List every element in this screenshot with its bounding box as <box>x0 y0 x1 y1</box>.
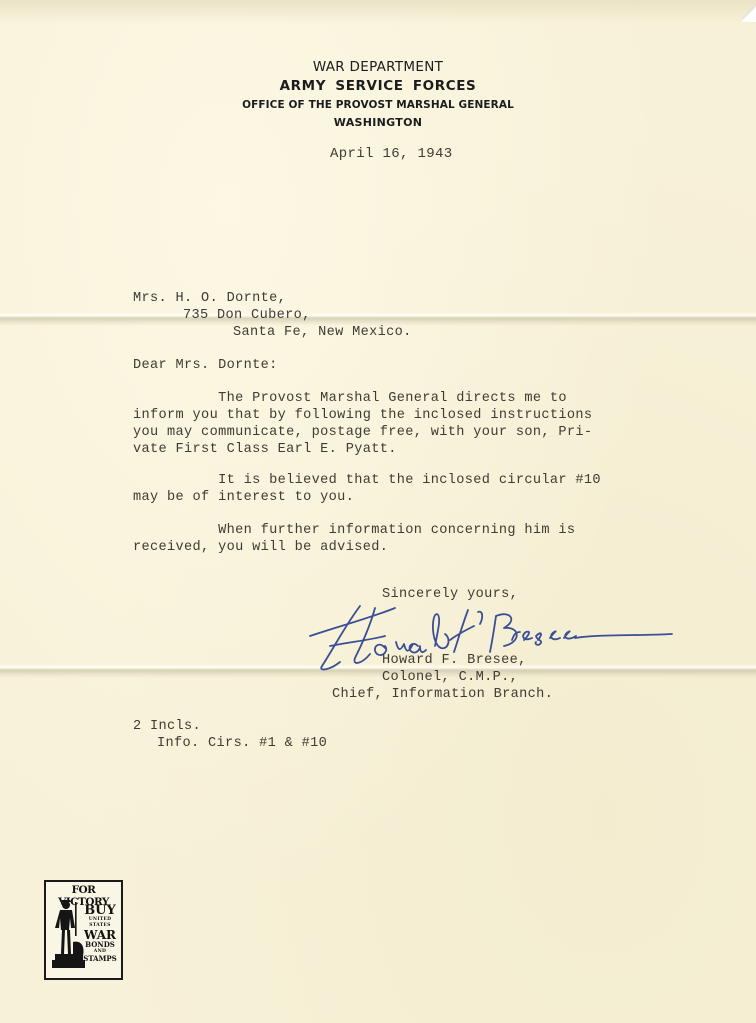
war-bonds-stamp: FOR VICTORY BUY UNITED STATES WAR BONDS … <box>44 880 123 980</box>
enclosure-items: Info. Cirs. #1 & #10 <box>157 735 327 752</box>
letter-date: April 16, 1943 <box>330 146 453 163</box>
letter-page: WAR DEPARTMENT ARMY SERVICE FORCES OFFIC… <box>0 0 756 1023</box>
stamp-stamps: STAMPS <box>82 955 118 963</box>
letterhead: WAR DEPARTMENT ARMY SERVICE FORCES OFFIC… <box>0 58 756 132</box>
letterhead-department: WAR DEPARTMENT <box>0 58 756 76</box>
letterhead-city: WASHINGTON <box>0 114 756 132</box>
stamp-buy: BUY <box>82 904 118 917</box>
enclosure-count: 2 Incls. <box>133 718 201 735</box>
salutation: Dear Mrs. Dornte: <box>133 357 278 374</box>
signer-title: Chief, Information Branch. <box>332 686 553 703</box>
signer-name: Howard F. Bresee, <box>382 652 527 669</box>
stamp-text: BUY UNITED STATES WAR BONDS AND STAMPS <box>82 904 118 963</box>
stamp-bonds: BONDS <box>82 941 118 949</box>
recipient-city: Santa Fe, New Mexico. <box>233 324 412 341</box>
body-paragraph-3: When further information concerning him … <box>133 522 575 556</box>
page-corner <box>742 0 756 22</box>
recipient-name: Mrs. H. O. Dornte, <box>133 290 286 307</box>
body-paragraph-2: It is believed that the inclosed circula… <box>133 472 601 506</box>
signer-rank: Colonel, C.M.P., <box>382 669 518 686</box>
paper-shadow <box>0 0 756 24</box>
letterhead-forces: ARMY SERVICE FORCES <box>0 76 756 96</box>
letterhead-office: OFFICE OF THE PROVOST MARSHAL GENERAL <box>0 96 756 114</box>
recipient-street: 735 Don Cubero, <box>183 307 311 324</box>
body-paragraph-1: The Provost Marshal General directs me t… <box>133 390 592 458</box>
